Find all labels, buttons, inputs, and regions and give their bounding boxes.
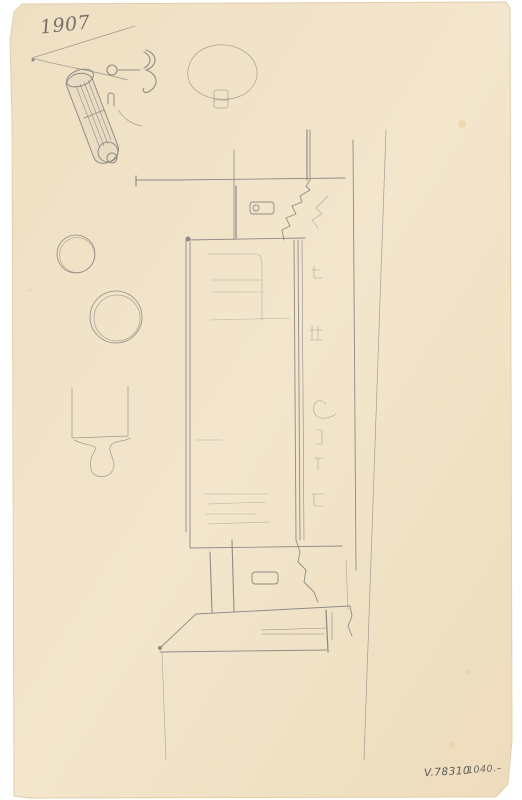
scan-stage: 1907 V.78310 1040.– (0, 0, 522, 800)
inventory-number: V.78310 (424, 765, 471, 779)
paper-sheet (0, 0, 522, 800)
